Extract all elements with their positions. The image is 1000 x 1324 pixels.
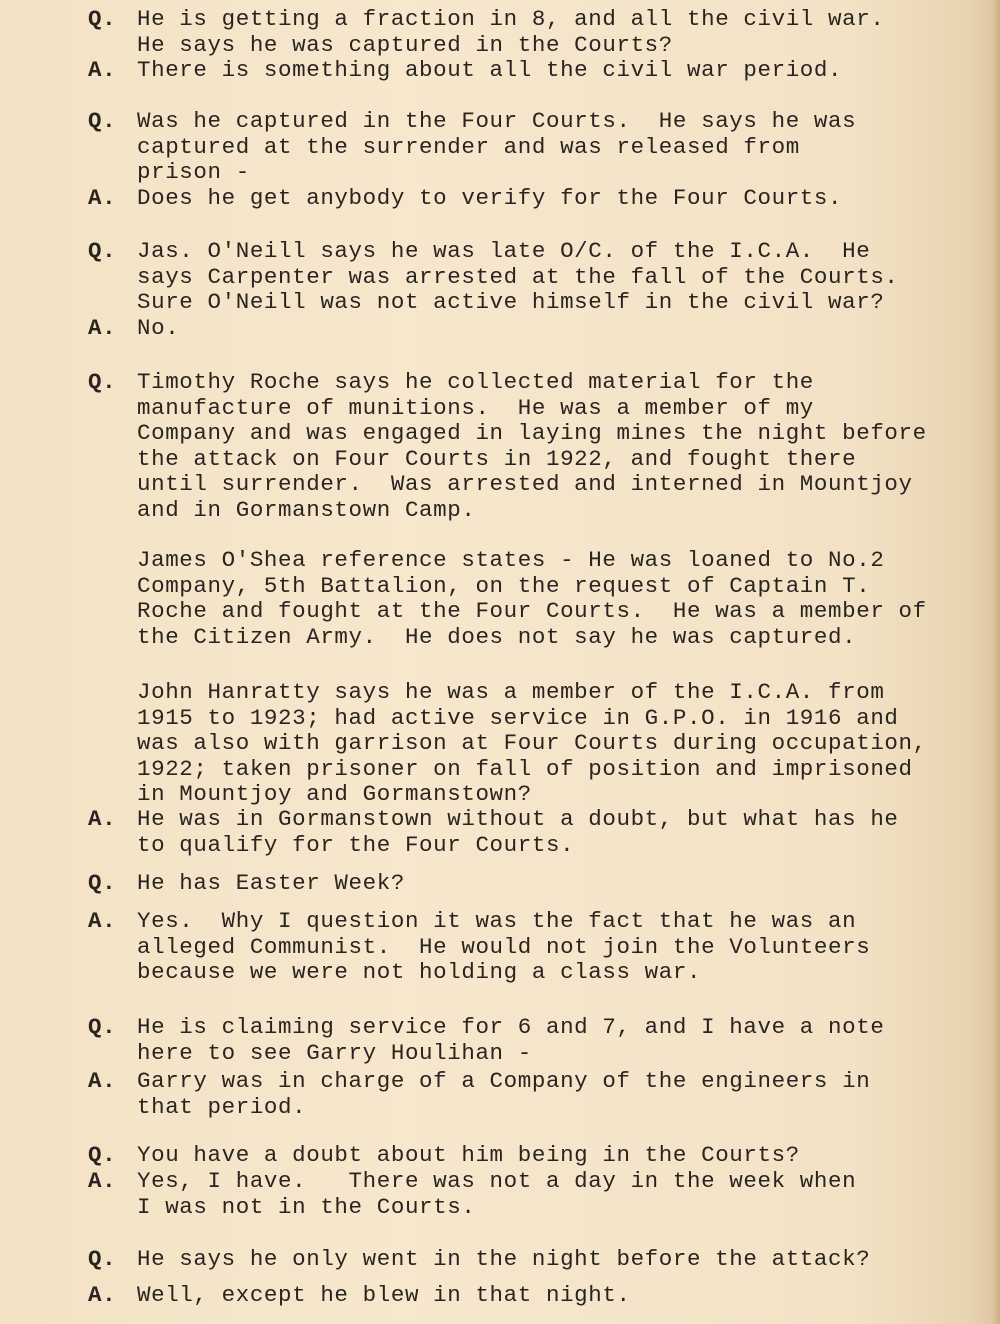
line-text: I was not in the Courts. [137,1194,475,1220]
answer-marker: A. [88,1282,128,1308]
answer-marker: A. [88,1168,128,1194]
line-text: in Mountjoy and Gormanstown? [137,781,532,807]
line-text: and in Gormanstown Camp. [137,497,475,523]
line-text: He is getting a fraction in 8, and all t… [137,6,884,32]
line-text: to qualify for the Four Courts. [137,832,574,858]
line-text: He says he only went in the night before… [137,1246,870,1272]
line-text: He says he was captured in the Courts? [137,32,673,58]
question-marker: Q. [88,870,128,896]
answer-marker: A. [88,315,128,341]
question-marker: Q. [88,369,128,395]
question-marker: Q. [88,1142,128,1168]
line-text: Yes. Why I question it was the fact that… [137,908,856,934]
line-text: manufacture of munitions. He was a membe… [137,395,814,421]
question-marker: Q. [88,1246,128,1272]
answer-marker: A. [88,1068,128,1094]
line-text: Jas. O'Neill says he was late O/C. of th… [137,238,870,264]
line-text: Was he captured in the Four Courts. He s… [137,108,856,134]
line-text: Sure O'Neill was not active himself in t… [137,289,884,315]
line-text: Garry was in charge of a Company of the … [137,1068,870,1094]
line-text: because we were not holding a class war. [137,959,701,985]
line-text: 1922; taken prisoner on fall of position… [137,756,913,782]
line-text: the Citizen Army. He does not say he was… [137,624,856,650]
line-text: No. [137,315,179,341]
line-text: Does he get anybody to verify for the Fo… [137,185,842,211]
line-text: the attack on Four Courts in 1922, and f… [137,446,856,472]
question-marker: Q. [88,108,128,134]
line-text: He is claiming service for 6 and 7, and … [137,1014,884,1040]
line-text: here to see Garry Houlihan - [137,1040,532,1066]
line-text: Yes, I have. There was not a day in the … [137,1168,856,1194]
line-text: Timothy Roche says he collected material… [137,369,814,395]
question-marker: Q. [88,1014,128,1040]
line-text: captured at the surrender and was releas… [137,134,800,160]
paper-edge-shadow [992,0,1000,1324]
line-text: You have a doubt about him being in the … [137,1142,800,1168]
line-text: until surrender. Was arrested and intern… [137,471,913,497]
question-marker: Q. [88,6,128,32]
line-text: John Hanratty says he was a member of th… [137,679,884,705]
answer-marker: A. [88,806,128,832]
typed-transcript-page: Q.He is getting a fraction in 8, and all… [0,0,1000,1324]
line-text: 1915 to 1923; had active service in G.P.… [137,705,899,731]
line-text: was also with garrison at Four Courts du… [137,730,927,756]
line-text: Company, 5th Battalion, on the request o… [137,573,870,599]
line-text: There is something about all the civil w… [137,57,842,83]
line-text: He was in Gormanstown without a doubt, b… [137,806,899,832]
line-text: prison - [137,159,250,185]
answer-marker: A. [88,57,128,83]
line-text: says Carpenter was arrested at the fall … [137,264,899,290]
line-text: James O'Shea reference states - He was l… [137,547,884,573]
line-text: Company and was engaged in laying mines … [137,420,927,446]
line-text: alleged Communist. He would not join the… [137,934,870,960]
question-marker: Q. [88,238,128,264]
answer-marker: A. [88,185,128,211]
line-text: Roche and fought at the Four Courts. He … [137,598,927,624]
line-text: that period. [137,1094,306,1120]
answer-marker: A. [88,908,128,934]
line-text: He has Easter Week? [137,870,405,896]
line-text: Well, except he blew in that night. [137,1282,631,1308]
